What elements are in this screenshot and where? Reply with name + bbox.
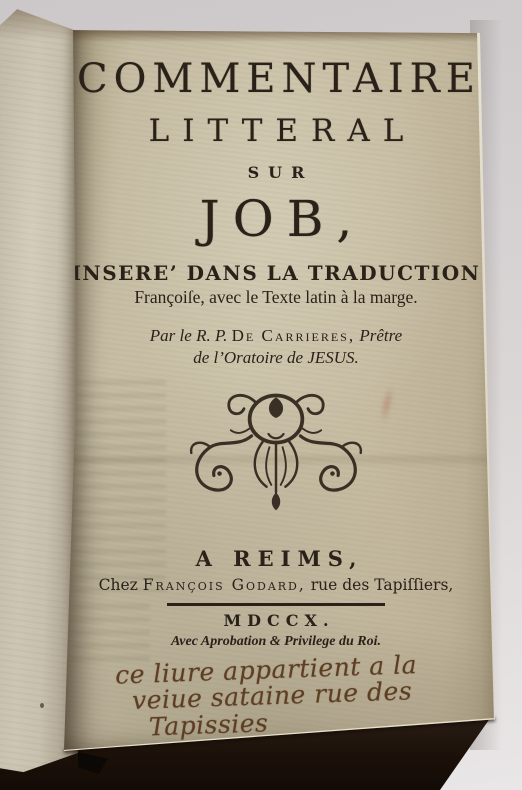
title-page: COMMENTAIRE LITTERAL SUR JOB, INSERE’ DA…: [64, 28, 496, 752]
title-line-4: JOB,: [70, 193, 482, 246]
imprint-year: MDCCX.: [70, 613, 482, 630]
imprint-publisher-name: François Godard,: [143, 576, 306, 594]
vellum-speck: [40, 703, 44, 708]
imprint-publisher-line: Chez François Godard, rue des Tapiſſiers…: [70, 577, 482, 593]
imprint-privilege: Avec Aprobation & Privilege du Roi.: [70, 635, 482, 650]
fleuron-ornament-icon: [70, 387, 482, 515]
imprint-city: A REIMS,: [70, 548, 482, 570]
title-page-text: COMMENTAIRE LITTERAL SUR JOB, INSERE’ DA…: [70, 28, 482, 736]
author-line-1: Par le R. P. De Carrieres, Prêtre: [70, 327, 482, 345]
imprint-street: rue des Tapiſſiers,: [311, 576, 454, 594]
subtitle-line-2: Françoiſe, avec le Texte latin à la marg…: [70, 288, 482, 306]
title-line-3: SUR: [70, 165, 482, 182]
author-line-2: de l’Oratoire de JESUS.: [70, 349, 482, 367]
title-line-1: COMMENTAIRE: [70, 58, 482, 100]
imprint-chez: Chez: [99, 576, 138, 594]
author-post: Prêtre: [359, 326, 402, 345]
subtitle-line-1: INSERE’ DANS LA TRADUCTION: [70, 263, 482, 284]
author-pre: Par le R. P.: [150, 326, 228, 345]
left-page-vellum: [0, 6, 78, 776]
title-line-2: LITTERAL: [70, 115, 482, 148]
rule-divider: [167, 603, 385, 606]
author-name: De Carrieres,: [232, 326, 355, 345]
